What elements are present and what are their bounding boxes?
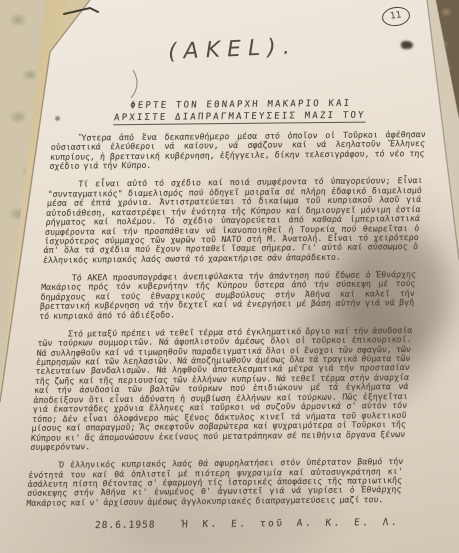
paragraph-4: Στό μεταξύ πρέπει νά τεθεῖ τέρμα στό ἐγκ… [30, 326, 413, 453]
paragraph-2: Τί εἶναι αὐτό τό σχέδιο καί ποιά συμφέρο… [43, 176, 423, 265]
paragraph-5: Ὁ ἑλληνικός κυπριακός λαός θά σφυρηλατήσ… [26, 457, 404, 508]
document-photo: 11 (AKEL). ΦΕΡΤΕ ΤΟΝ ΕΘΝΑΡΧΗ ΜΑΚΑΡΙΟ ΚΑΙ… [0, 0, 459, 553]
document-title: ΦΕΡΤΕ ΤΟΝ ΕΘΝΑΡΧΗ ΜΑΚΑΡΙΟ ΚΑΙ ΑΡΧΙΣΤΕ ΔΙ… [52, 98, 428, 125]
signature-committee: Ἡ Κ. Ε. τοῦ Α. Κ. Ε. Λ. [182, 517, 400, 530]
typewritten-body: ΦΕΡΤΕ ΤΟΝ ΕΘΝΑΡΧΗ ΜΑΚΑΡΙΟ ΚΑΙ ΑΡΧΙΣΤΕ ΔΙ… [25, 98, 429, 532]
paragraph-1: Ὕστερα ἀπό ἕνα δεκαπενθήμερο μέσα στό ὁπ… [49, 130, 426, 172]
document-date: 28.6.1958 [95, 520, 156, 532]
paragraph-3: Τό ΑΚΕΛ προσυπογράφει ἀνεπιφύλακτα τήν ἀ… [39, 270, 417, 321]
